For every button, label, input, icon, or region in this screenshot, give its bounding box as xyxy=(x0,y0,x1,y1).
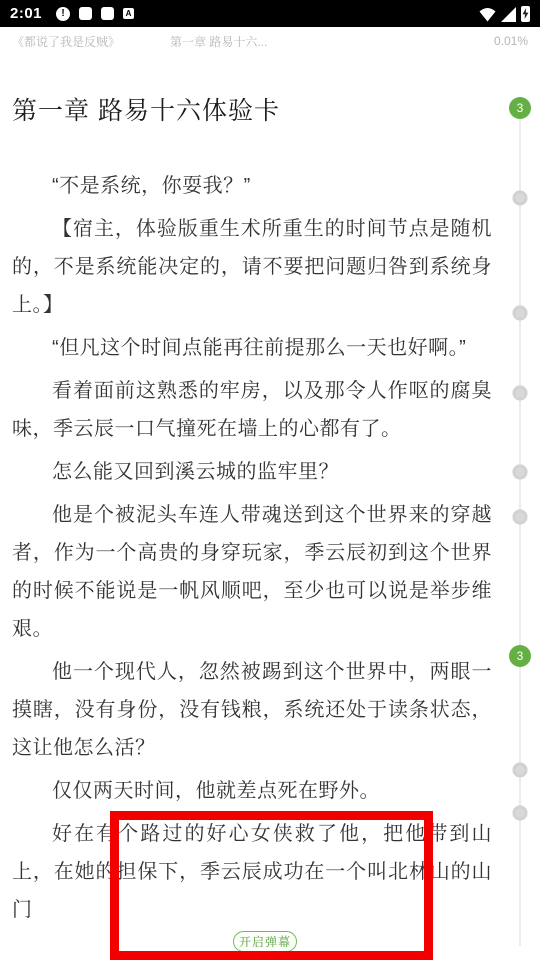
system-status-icons xyxy=(479,6,530,22)
battery-charging-icon xyxy=(521,6,530,22)
paragraph[interactable]: 他是个被泥头车连人带魂送到这个世界来的穿越者，作为一个高贵的身穿玩家，季云辰初到… xyxy=(12,496,492,648)
paragraphs: “不是系统，你耍我？”【宿主，体验版重生术所重生的时间节点是随机的，不是系统能决… xyxy=(12,167,492,929)
paragraph[interactable]: 【宿主，体验版重生术所重生的时间节点是随机的，不是系统能决定的，请不要把问题归咎… xyxy=(12,210,492,324)
chapter-label: 第一章 路易十六... xyxy=(170,33,494,50)
notification-icons: ! A xyxy=(56,7,134,21)
paragraph[interactable]: 好在有个路过的好心女侠救了他，把他带到山上，在她的担保下，季云辰成功在一个叫北林… xyxy=(12,815,492,929)
paragraph[interactable]: “但凡这个时间点能再往前提那么一天也好啊。” xyxy=(12,329,492,367)
notification-square-icon xyxy=(101,7,114,20)
reader-header: 《都说了我是反贼》 第一章 路易十六... 0.01% xyxy=(0,27,540,55)
reading-area[interactable]: 第一章 路易十六体验卡 “不是系统，你耍我？”【宿主，体验版重生术所重生的时间节… xyxy=(0,55,540,960)
comment-dot[interactable] xyxy=(513,763,528,778)
cellular-signal-icon xyxy=(501,7,516,22)
chapter-title: 第一章 路易十六体验卡 xyxy=(12,91,492,127)
alert-circle-icon: ! xyxy=(56,7,70,21)
comment-dot[interactable] xyxy=(513,465,528,480)
paragraph[interactable]: 他一个现代人，忽然被踢到这个世界中，两眼一摸瞎，没有身份，没有钱粮，系统还处于读… xyxy=(12,653,492,767)
notification-square-icon xyxy=(79,7,92,20)
comment-count-badge[interactable]: 3 xyxy=(509,97,531,119)
comment-dot[interactable] xyxy=(513,806,528,821)
paragraph[interactable]: 看着面前这熟悉的牢房，以及那令人作呕的腐臭味，季云辰一口气撞死在墙上的心都有了。 xyxy=(12,372,492,448)
comment-dot[interactable] xyxy=(513,191,528,206)
comment-dot[interactable] xyxy=(513,306,528,321)
reading-progress: 0.01% xyxy=(494,34,528,48)
comment-dot[interactable] xyxy=(513,510,528,525)
comment-dot[interactable] xyxy=(513,386,528,401)
wifi-icon xyxy=(479,7,496,22)
status-bar: 2:01 ! A xyxy=(0,0,540,27)
danmaku-toggle-button[interactable]: 开启弹幕 xyxy=(233,931,297,952)
clock: 2:01 xyxy=(10,5,42,22)
paragraph[interactable]: 怎么能又回到溪云城的监牢里？ xyxy=(12,453,492,491)
paragraph[interactable]: 仅仅两天时间，他就差点死在野外。 xyxy=(12,772,492,810)
paragraph[interactable]: “不是系统，你耍我？” xyxy=(12,167,492,205)
auto-brightness-icon: A xyxy=(123,8,134,19)
book-title: 《都说了我是反贼》 xyxy=(12,33,170,50)
comment-count-badge[interactable]: 3 xyxy=(509,645,531,667)
